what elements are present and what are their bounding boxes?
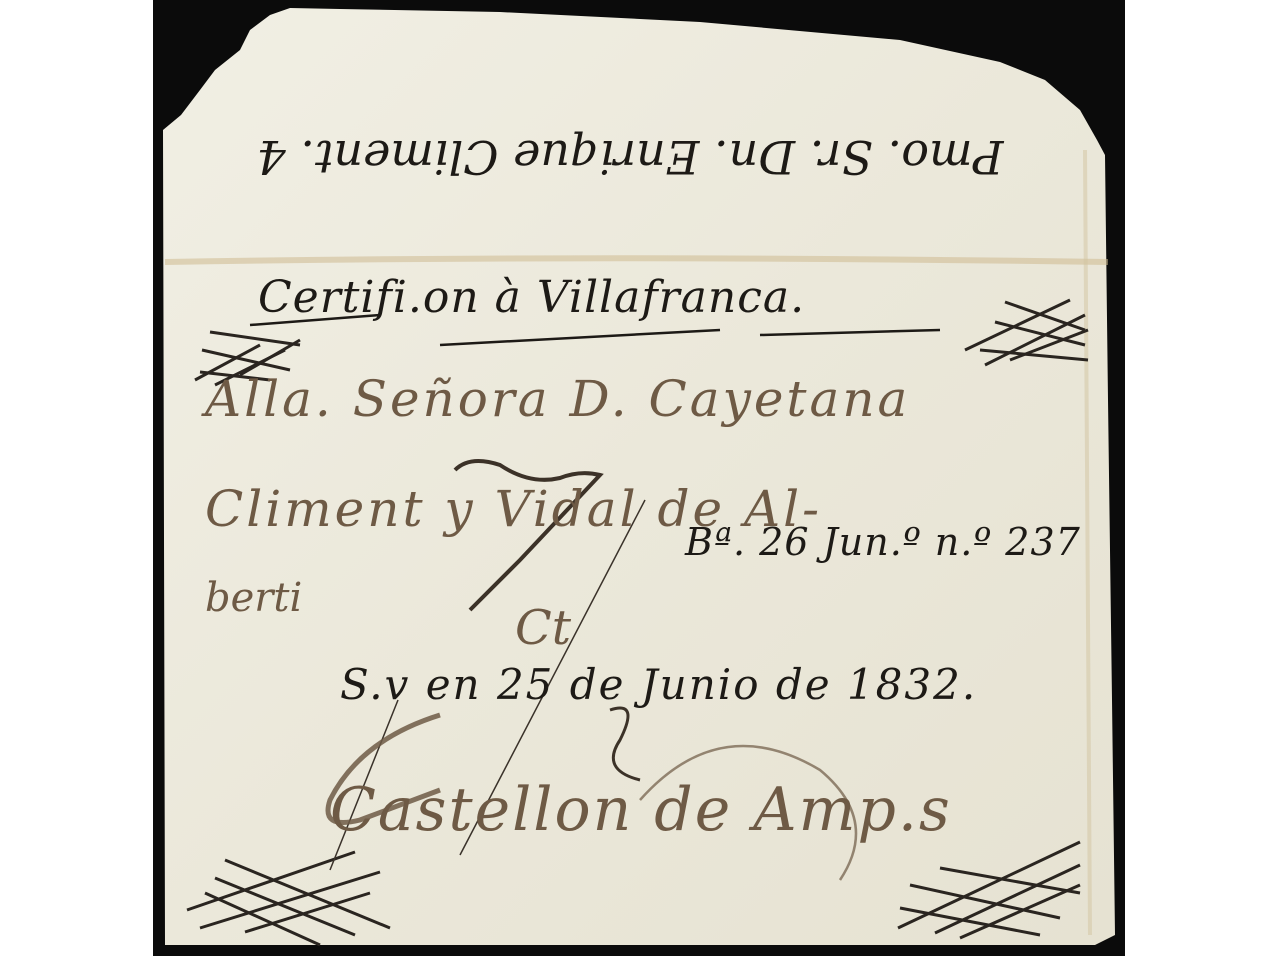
origin-signature: Castellon de Amp.s [330, 775, 952, 845]
inverted-addressee-line: Pmo. Sr. Dn. Enrique Climent. 4 [190, 130, 1070, 184]
address-line-3: berti [205, 575, 302, 621]
address-line-1: Alla. Señora D. Cayetana [205, 370, 910, 428]
route-line: Certifi.on à Villafranca. [258, 272, 805, 323]
date-line: S.v en 25 de Junio de 1832. [340, 660, 977, 709]
initial-mark: Ct [515, 600, 571, 656]
registration-note: Bª. 26 Jun.º n.º 237 [685, 520, 1081, 564]
